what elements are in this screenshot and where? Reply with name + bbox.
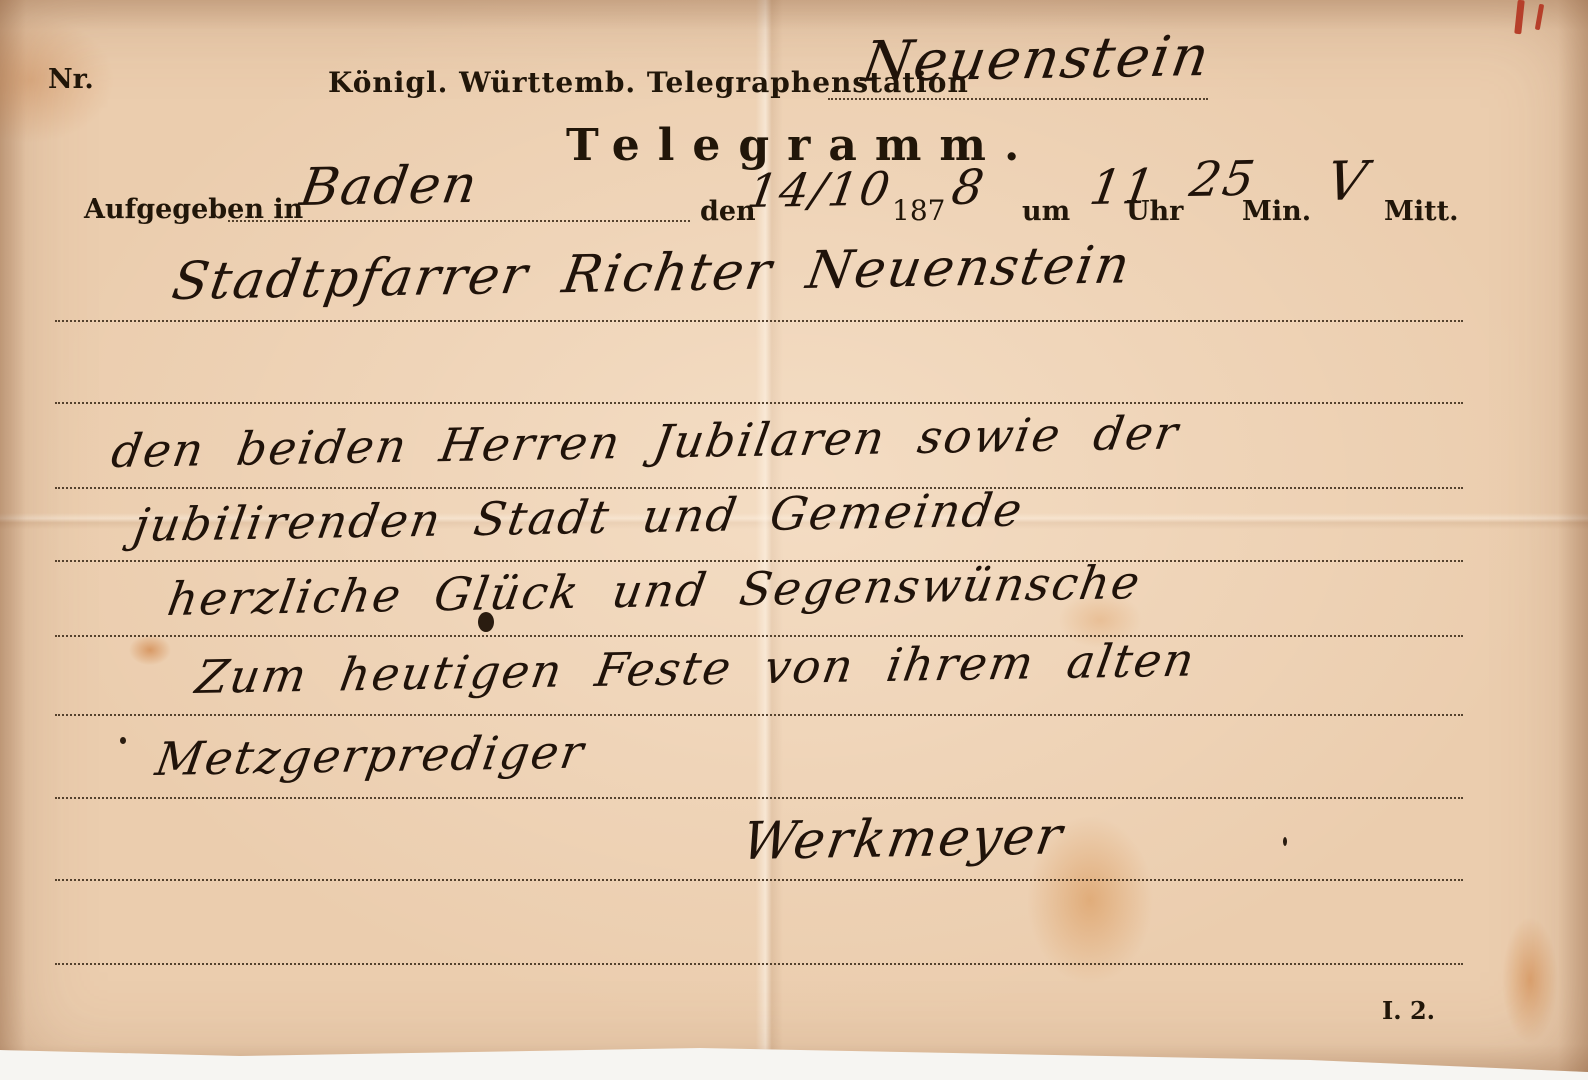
um-label: um <box>1022 196 1070 227</box>
place-handwritten: Baden <box>296 155 483 218</box>
meridiem-handwritten: V <box>1322 149 1373 213</box>
mitt-label: Mitt. <box>1384 196 1459 227</box>
ruled-line <box>55 879 1463 881</box>
signature-handwritten: Werkmeyer <box>738 806 1068 872</box>
ruled-line <box>55 320 1463 322</box>
ink-speck <box>120 737 126 744</box>
red-corner-mark <box>1535 4 1544 30</box>
faint-pencil-note <box>1180 1018 1185 1037</box>
message-line: den beiden Herren Jubilaren sowie der <box>108 405 1183 478</box>
form-code: I. 2. <box>1382 996 1435 1025</box>
ruled-line <box>55 635 1463 637</box>
station-name-rule <box>828 98 1208 100</box>
message-line: Zum heutigen Feste von ihrem alten <box>192 633 1200 704</box>
ruled-line <box>55 714 1463 716</box>
ink-speck <box>1283 837 1287 846</box>
ruled-line <box>55 963 1463 965</box>
message-line: jubilirenden Stadt und Gemeinde <box>130 483 1028 552</box>
place-rule <box>228 220 690 222</box>
uhr-label: Uhr <box>1126 196 1183 227</box>
ruled-line <box>55 402 1463 404</box>
ruled-line <box>55 797 1463 799</box>
telegram-paper: Nr. Königl. Württemb. Telegraphenstation… <box>0 0 1588 1080</box>
min-label: Min. <box>1242 196 1311 227</box>
message-line: herzliche Glück und Segenswünsche <box>164 555 1145 626</box>
form-number-label: Nr. <box>48 64 94 95</box>
message-line: Metzgerprediger <box>152 725 589 786</box>
day-month-handwritten: 14/10 <box>744 162 896 218</box>
station-name-handwritten: Neuenstein <box>858 24 1215 95</box>
address-line-handwritten: Stadtpfarrer Richter Neuenstein <box>168 235 1135 312</box>
year-printed: 187 <box>892 194 945 227</box>
red-corner-mark <box>1514 0 1525 34</box>
